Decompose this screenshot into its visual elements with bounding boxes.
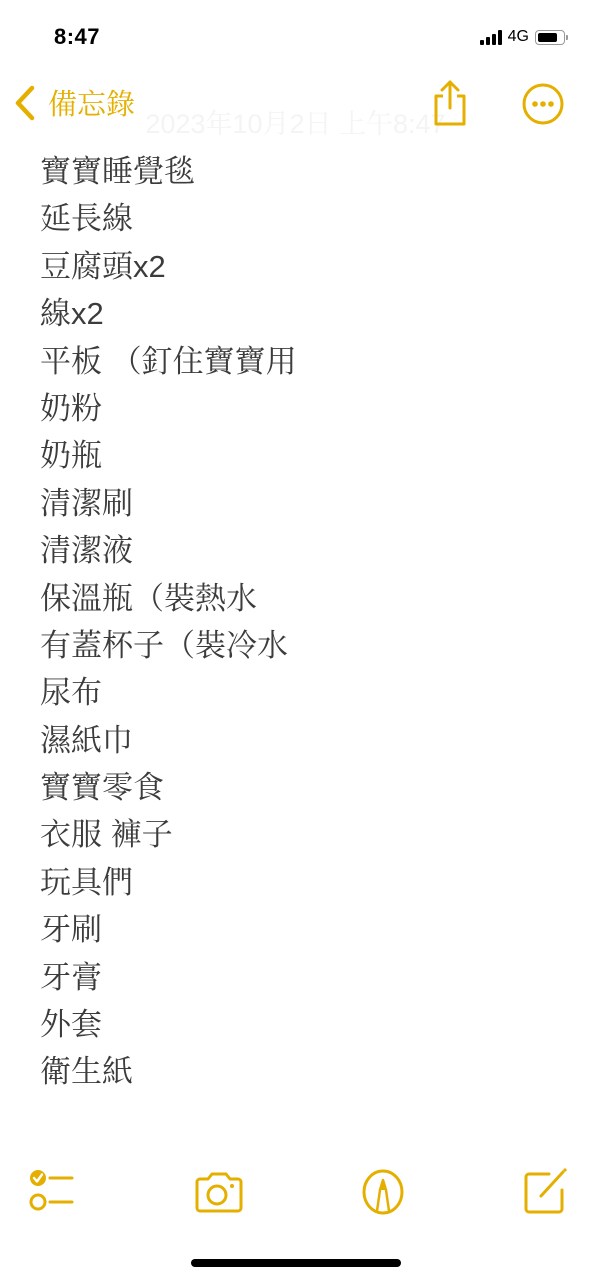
note-line: 濕紙巾 [40, 717, 560, 764]
home-indicator[interactable] [191, 1259, 401, 1267]
status-time: 8:47 [54, 24, 100, 50]
note-body[interactable]: 寶寶睡覺毯延長線豆腐頭x2線x2平板 （釘住寶寶用奶粉奶瓶清潔刷清潔液保溫瓶（裝… [40, 148, 560, 1096]
note-line: 牙刷 [40, 906, 560, 953]
signal-icon [480, 30, 502, 45]
note-line: 豆腐頭x2 [40, 243, 560, 290]
note-line: 寶寶零食 [40, 764, 560, 811]
back-label: 備忘錄 [48, 82, 135, 123]
note-line: 有蓋杯子（裝冷水 [40, 622, 560, 669]
share-icon[interactable] [430, 78, 470, 126]
compose-icon[interactable] [519, 1166, 571, 1218]
note-line: 玩具們 [40, 859, 560, 906]
status-bar: 8:47 4G [0, 0, 591, 70]
network-type: 4G [508, 28, 529, 46]
note-line: 延長線 [40, 195, 560, 242]
note-line: 清潔刷 [40, 480, 560, 527]
status-indicators: 4G [480, 28, 565, 46]
note-line: 清潔液 [40, 527, 560, 574]
note-line: 寶寶睡覺毯 [40, 148, 560, 195]
ellipsis-circle-icon[interactable] [521, 82, 565, 126]
battery-icon [535, 30, 565, 45]
chevron-left-icon [12, 83, 40, 123]
note-line: 衛生紙 [40, 1048, 560, 1095]
note-line: 尿布 [40, 669, 560, 716]
camera-icon[interactable] [193, 1166, 245, 1218]
note-line: 奶瓶 [40, 432, 560, 479]
navigation-bar: 2023年10月2日 上午8:47 備忘錄 [0, 70, 591, 136]
bottom-toolbar [0, 1160, 591, 1220]
back-button[interactable]: 備忘錄 [12, 82, 135, 123]
note-line: 奶粉 [40, 385, 560, 432]
note-line: 線x2 [40, 290, 560, 337]
checklist-icon[interactable] [24, 1166, 76, 1218]
note-line: 牙膏 [40, 954, 560, 1001]
note-line: 外套 [40, 1001, 560, 1048]
markup-icon[interactable] [357, 1166, 409, 1218]
note-line: 保溫瓶（裝熱水 [40, 575, 560, 622]
note-line: 衣服 褲子 [40, 811, 560, 858]
note-line: 平板 （釘住寶寶用 [40, 338, 560, 385]
